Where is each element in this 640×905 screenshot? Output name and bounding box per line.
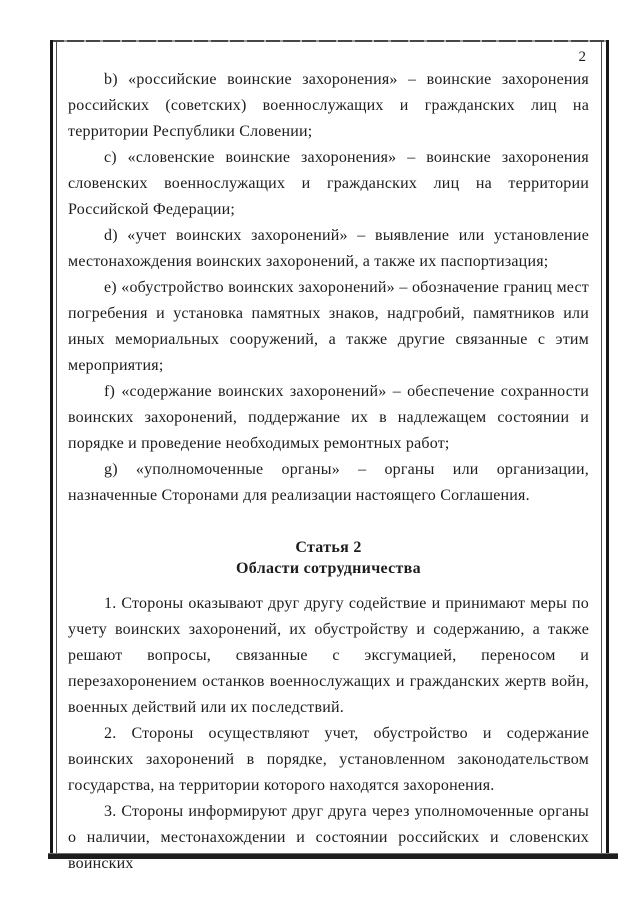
page-border-left-inner (56, 42, 57, 854)
body-paragraph: 3. Стороны информируют друг друга через … (68, 799, 589, 877)
article-subtitle: Области сотрудничества (68, 558, 589, 579)
document-page: 2 b) «российские воинские захоронения» –… (0, 0, 640, 905)
page-number: 2 (68, 47, 589, 67)
article-title: Статья 2 (68, 537, 589, 558)
definitions-section: b) «российские воинские захоронения» – в… (68, 67, 589, 509)
article-heading: Статья 2 Области сотрудничества (68, 537, 589, 579)
definition-item: d) «учет воинских захоронений» – выявлен… (68, 223, 589, 275)
page-border-top (50, 40, 609, 42)
definition-item: e) «обустройство воинских захоронений» –… (68, 275, 589, 379)
definition-item: g) «уполномоченные органы» – органы или … (68, 457, 589, 509)
page-border-right-outer (606, 40, 609, 856)
body-paragraph: 2. Стороны осуществляют учет, обустройст… (68, 721, 589, 799)
body-paragraph: 1. Стороны оказывают друг другу содейств… (68, 591, 589, 721)
article-body: 1. Стороны оказывают друг другу содейств… (68, 591, 589, 877)
definition-item: c) «словенские воинские захоронения» – в… (68, 145, 589, 223)
definition-item: b) «российские воинские захоронения» – в… (68, 67, 589, 145)
page-content: 2 b) «российские воинские захоронения» –… (68, 47, 589, 877)
definition-item: f) «содержание воинских захоронений» – о… (68, 379, 589, 457)
page-border-left-outer (50, 40, 53, 856)
page-border-right-inner (601, 42, 602, 854)
